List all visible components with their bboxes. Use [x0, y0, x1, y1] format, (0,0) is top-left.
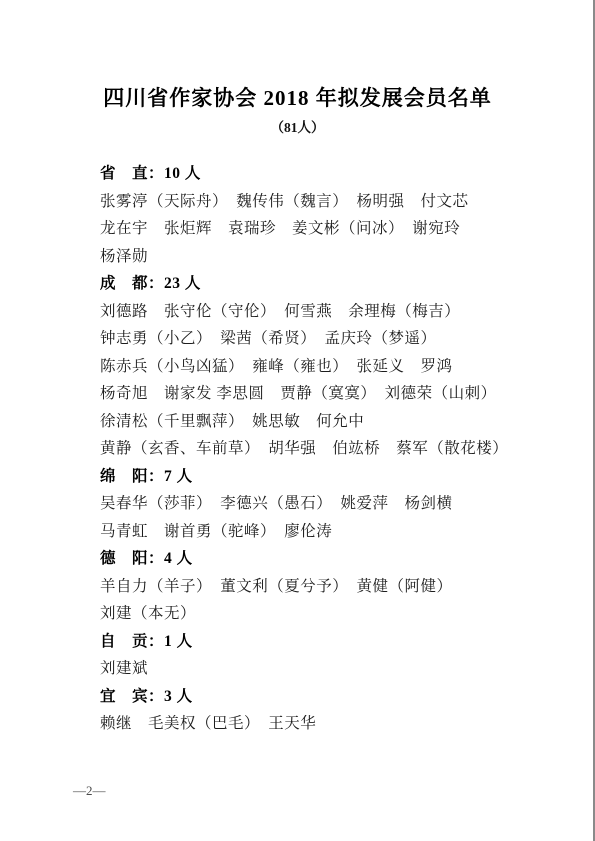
section-header: 德 阳：4 人 — [100, 545, 547, 573]
member-line: 赖继 毛美权（巴毛） 王天华 — [100, 710, 547, 738]
member-line: 黄静（玄香、车前草） 胡华强 伯竑桥 蔡军（散花楼） — [100, 435, 547, 463]
member-line: 杨泽勋 — [100, 243, 547, 271]
section-yibin: 宜 宾：3 人 赖继 毛美权（巴毛） 王天华 — [100, 683, 547, 738]
page-title: 四川省作家协会 2018 年拟发展会员名单 — [0, 0, 595, 112]
page-number: —2— — [73, 783, 106, 799]
section-header: 省 直：10 人 — [100, 160, 547, 188]
member-line: 吴春华（莎菲） 李德兴（愚石） 姚爱萍 杨剑横 — [100, 490, 547, 518]
member-line: 徐清松（千里飘萍） 姚思敏 何允中 — [100, 408, 547, 436]
page-subtitle: （81人） — [0, 119, 595, 137]
section-mianyang: 绵 阳：7 人 吴春华（莎菲） 李德兴（愚石） 姚爱萍 杨剑横 马青虹 谢首勇（… — [100, 463, 547, 546]
member-line: 杨奇旭 谢家发 李思圆 贾静（寞寞） 刘德荣（山刺） — [100, 380, 547, 408]
member-line: 陈赤兵（小鸟凶猛） 雍峰（雍也） 张延义 罗鸿 — [100, 353, 547, 381]
member-line: 钟志勇（小乙） 梁茜（希贤） 孟庆玲（梦遥） — [100, 325, 547, 353]
member-line: 龙在宇 张炬辉 袁瑞珍 姜文彬（问冰） 谢宛玲 — [100, 215, 547, 243]
member-line: 张雾渟（天际舟） 魏传伟（魏言） 杨明强 付文芯 — [100, 188, 547, 216]
document-page: 四川省作家协会 2018 年拟发展会员名单 （81人） 省 直：10 人 张雾渟… — [0, 0, 595, 841]
section-deyang: 德 阳：4 人 羊自力（羊子） 董文利（夏兮予） 黄健（阿健） 刘建（本无） — [100, 545, 547, 628]
member-line: 刘建斌 — [100, 655, 547, 683]
section-zigong: 自 贡：1 人 刘建斌 — [100, 628, 547, 683]
section-chengdu: 成 都：23 人 刘德路 张守伦（守伦） 何雪燕 余理梅（梅吉） 钟志勇（小乙）… — [100, 270, 547, 463]
member-line: 刘德路 张守伦（守伦） 何雪燕 余理梅（梅吉） — [100, 298, 547, 326]
section-header: 宜 宾：3 人 — [100, 683, 547, 711]
member-line: 刘建（本无） — [100, 600, 547, 628]
member-line: 马青虹 谢首勇（驼峰） 廖伦涛 — [100, 518, 547, 546]
section-header: 自 贡：1 人 — [100, 628, 547, 656]
member-line: 羊自力（羊子） 董文利（夏兮予） 黄健（阿健） — [100, 573, 547, 601]
section-header: 绵 阳：7 人 — [100, 463, 547, 491]
member-list: 省 直：10 人 张雾渟（天际舟） 魏传伟（魏言） 杨明强 付文芯 龙在宇 张炬… — [0, 160, 595, 738]
section-header: 成 都：23 人 — [100, 270, 547, 298]
section-provincial-direct: 省 直：10 人 张雾渟（天际舟） 魏传伟（魏言） 杨明强 付文芯 龙在宇 张炬… — [100, 160, 547, 270]
